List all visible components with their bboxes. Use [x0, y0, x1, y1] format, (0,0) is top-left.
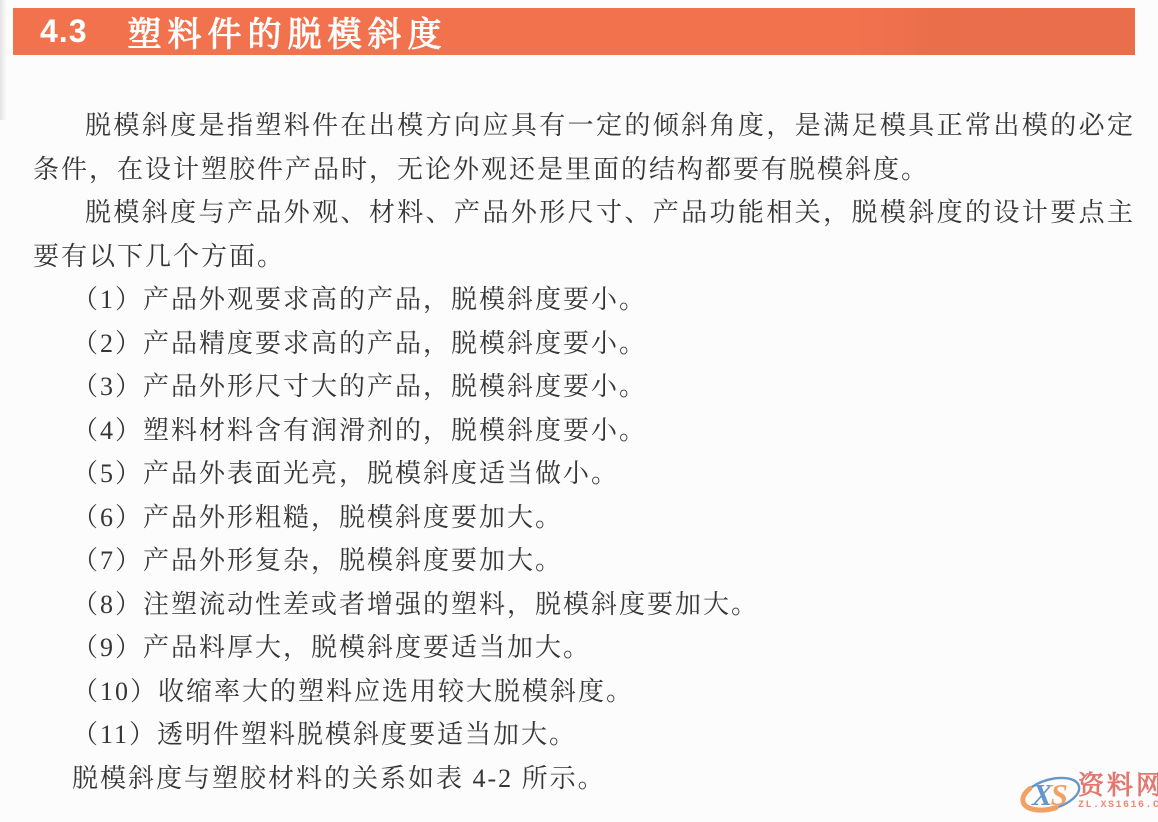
section-number: 4.3 — [40, 13, 87, 50]
section-header-bar: 4.3 塑料件的脱模斜度 — [13, 8, 1135, 55]
list-item: （11）透明件塑料脱模斜度要适当加大。 — [33, 713, 1135, 757]
document-page: 4.3 塑料件的脱模斜度 脱模斜度是指塑料件在出模方向应具有一定的倾斜角度，是满… — [0, 0, 1158, 822]
closing-paragraph: 脱模斜度与塑胶材料的关系如表 4-2 所示。 — [33, 757, 1135, 801]
list-item: （2）产品精度要求高的产品，脱模斜度要小。 — [33, 322, 1135, 366]
list-item: （7）产品外形复杂，脱模斜度要加大。 — [33, 539, 1135, 583]
list-item: （10）收缩率大的塑料应选用较大脱模斜度。 — [33, 670, 1135, 714]
list-item: （1）产品外观要求高的产品，脱模斜度要小。 — [33, 278, 1135, 322]
section-body: 脱模斜度是指塑料件在出模方向应具有一定的倾斜角度，是满足模具正常出模的必定条件，… — [33, 104, 1135, 800]
paragraph-design-points: 脱模斜度与产品外观、材料、产品外形尺寸、产品功能相关，脱模斜度的设计要点主要有以… — [33, 191, 1135, 278]
section-title: 塑料件的脱模斜度 — [127, 7, 447, 56]
paragraph-intro: 脱模斜度是指塑料件在出模方向应具有一定的倾斜角度，是满足模具正常出模的必定条件，… — [33, 104, 1135, 191]
site-watermark: XS 资料网 ZL.XS1616.COM — [1018, 766, 1156, 818]
watermark-site-name: 资料网 — [1078, 772, 1158, 798]
watermark-site-url: ZL.XS1616.COM — [1078, 800, 1158, 812]
watermark-text-block: 资料网 ZL.XS1616.COM — [1078, 772, 1158, 812]
list-item: （8）注塑流动性差或者增强的塑料，脱模斜度要加大。 — [33, 583, 1135, 627]
xs-logo-icon: XS — [1018, 766, 1084, 818]
draft-angle-guidelines-list: （1）产品外观要求高的产品，脱模斜度要小。 （2）产品精度要求高的产品，脱模斜度… — [33, 278, 1135, 757]
list-item: （3）产品外形尺寸大的产品，脱模斜度要小。 — [33, 365, 1135, 409]
list-item: （9）产品料厚大，脱模斜度要适当加大。 — [33, 626, 1135, 670]
list-item: （4）塑料材料含有润滑剂的，脱模斜度要小。 — [33, 409, 1135, 453]
list-item: （5）产品外表面光亮，脱模斜度适当做小。 — [33, 452, 1135, 496]
list-item: （6）产品外形粗糙，脱模斜度要加大。 — [33, 496, 1135, 540]
xs-logo-text: XS — [1031, 777, 1067, 812]
